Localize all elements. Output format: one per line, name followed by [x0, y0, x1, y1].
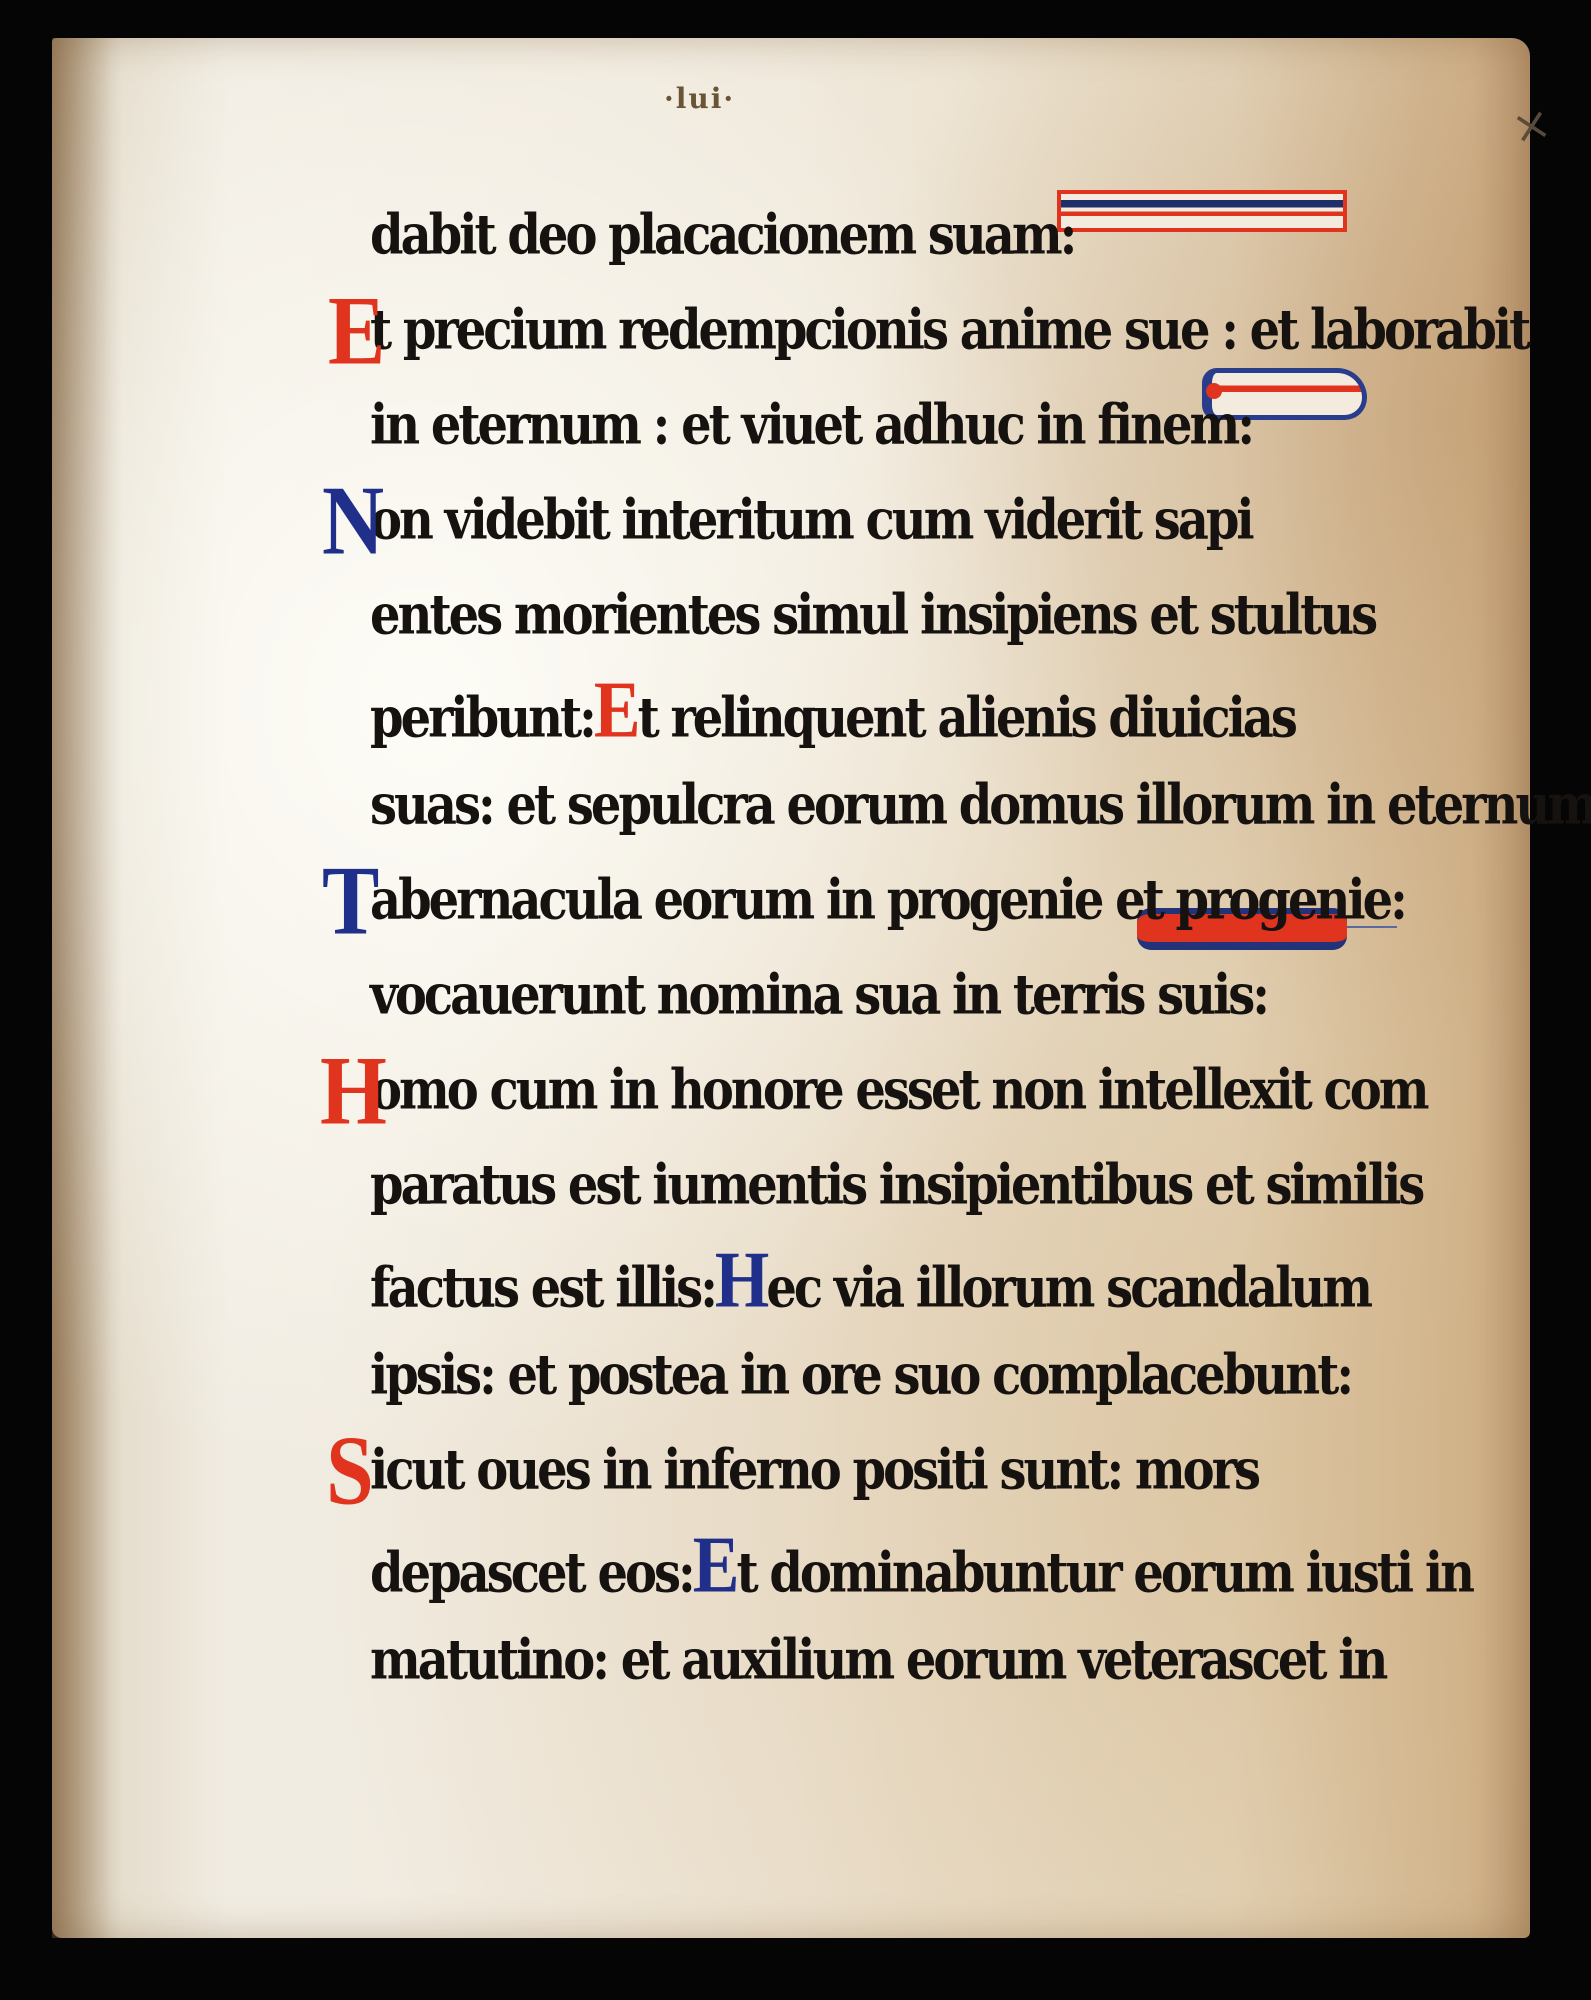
line-text: matutino: et auxilium eorum veterascet i… — [370, 1628, 1385, 1692]
line-text: t dominabuntur eorum iusti in — [736, 1541, 1472, 1605]
line-text: dabit deo placacionem suam: — [370, 203, 1074, 267]
red-initial: E — [328, 280, 385, 379]
text-line-1: dabit deo placacionem suam: — [370, 181, 1390, 290]
red-initial: H — [320, 1040, 387, 1139]
line-text: vocauerunt nomina sua in terris suis: — [370, 963, 1267, 1027]
line-text: ec via illorum scandalum — [766, 1256, 1370, 1320]
text-line-10: Homo cum in honore esset non intellexit … — [370, 1036, 1390, 1145]
text-line-12: factus est illis:Hec via illorum scandal… — [370, 1226, 1390, 1335]
text-line-8: Tabernacula eorum in progenie et progeni… — [370, 846, 1390, 955]
parchment-leaf: ·lui· × dabit deo placacionem suam: Et p… — [52, 38, 1530, 1938]
blue-initial: N — [322, 470, 384, 569]
inline-blue-initial: E — [693, 1521, 737, 1610]
text-line-2: Et precium redempcionis anime sue : et l… — [370, 276, 1390, 385]
line-text: entes morientes simul insipiens et stult… — [370, 583, 1375, 647]
line-text: suas: et sepulcra eorum domus illorum in… — [370, 773, 1591, 837]
text-line-11: paratus est iumentis insipientibus et si… — [370, 1131, 1390, 1240]
text-line-16: matutino: et auxilium eorum veterascet i… — [370, 1606, 1390, 1715]
line-text: in eternum : et viuet adhuc in finem: — [370, 393, 1252, 457]
line-text: on videbit interitum cum viderit sapi — [370, 488, 1252, 552]
corner-mark: × — [1507, 95, 1556, 156]
line-text: factus est illis: — [370, 1256, 715, 1320]
text-line-5: entes morientes simul insipiens et stult… — [370, 561, 1390, 670]
text-line-6: peribunt:Et relinquent alienis diuicias — [370, 656, 1390, 765]
line-text: t precium redempcionis anime sue : et la… — [370, 298, 1528, 362]
text-line-3: in eternum : et viuet adhuc in finem: — [370, 371, 1390, 480]
line-text: t relinquent alienis diuicias — [638, 686, 1295, 750]
line-text: abernacula eorum in progenie et progenie… — [370, 868, 1405, 932]
text-line-14: Sicut oues in inferno positi sunt: mors — [370, 1416, 1390, 1525]
line-text: depascet eos: — [370, 1541, 693, 1605]
text-line-15: depascet eos:Et dominabuntur eorum iusti… — [370, 1511, 1390, 1620]
folio-number: ·lui· — [664, 82, 735, 115]
text-line-9: vocauerunt nomina sua in terris suis: — [370, 941, 1390, 1050]
red-initial: S — [326, 1420, 374, 1519]
text-line-4: Non videbit interitum cum viderit sapi — [370, 466, 1390, 575]
text-line-13: ipsis: et postea in ore suo complacebunt… — [370, 1321, 1390, 1430]
line-text: peribunt: — [370, 686, 594, 750]
inline-red-initial: E — [594, 666, 638, 755]
inline-blue-initial: H — [715, 1236, 766, 1325]
line-text: ipsis: et postea in ore suo complacebunt… — [370, 1343, 1351, 1407]
line-text: omo cum in honore esset non intellexit c… — [370, 1058, 1427, 1122]
line-text: icut oues in inferno positi sunt: mors — [370, 1438, 1258, 1502]
blue-initial: T — [322, 850, 379, 949]
line-text: paratus est iumentis insipientibus et si… — [370, 1153, 1422, 1217]
text-line-7: suas: et sepulcra eorum domus illorum in… — [370, 751, 1390, 860]
text-block: dabit deo placacionem suam: Et precium r… — [370, 188, 1390, 1708]
